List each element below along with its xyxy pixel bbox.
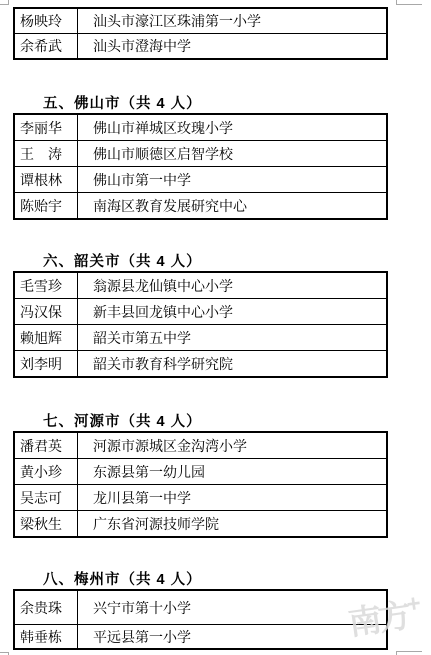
person-name-cell: 李丽华 [14, 114, 78, 141]
table-row: 梁秋生广东省河源技师学院 [14, 511, 387, 538]
school-cell: 汕头市濠江区珠浦第一小学 [78, 8, 388, 34]
school-cell: 韶关市教育科学研究院 [78, 351, 388, 378]
school-cell: 南海区教育发展研究中心 [78, 193, 388, 220]
city-section: 七、河源市（共 4 人）潘君英河源市源城区金沟湾小学黄小珍东源县第一幼儿园吴志可… [0, 413, 431, 538]
section-heading: 五、佛山市（共 4 人） [43, 95, 431, 113]
crop-mark-top-left [8, 0, 9, 4]
roster-table: 余贵珠兴宁市第十小学韩垂栋平远县第一小学 [13, 589, 388, 650]
city-section: 六、韶关市（共 4 人）毛雪珍翁源县龙仙镇中心小学冯汉保新丰县回龙镇中心小学赖旭… [0, 253, 431, 378]
person-name-cell: 余希武 [14, 34, 78, 60]
table-row: 毛雪珍翁源县龙仙镇中心小学 [14, 272, 387, 299]
table-row: 谭根林佛山市第一中学 [14, 167, 387, 193]
school-cell: 佛山市顺德区启智学校 [78, 141, 388, 167]
person-name-cell: 王 涛 [14, 141, 78, 167]
school-cell: 河源市源城区金沟湾小学 [78, 432, 388, 459]
school-cell: 龙川县第一中学 [78, 485, 388, 511]
crop-mark-bottom-right [396, 651, 422, 652]
school-cell: 翁源县龙仙镇中心小学 [78, 272, 388, 299]
table-row: 冯汉保新丰县回龙镇中心小学 [14, 299, 387, 325]
table-row: 潘君英河源市源城区金沟湾小学 [14, 432, 387, 459]
city-section: 杨映玲汕头市濠江区珠浦第一小学余希武汕头市澄海中学 [0, 7, 431, 60]
table-row: 赖旭辉韶关市第五中学 [14, 325, 387, 351]
table-row: 韩垂栋平远县第一小学 [14, 625, 387, 650]
table-row: 陈贻宇南海区教育发展研究中心 [14, 193, 387, 220]
person-name-cell: 毛雪珍 [14, 272, 78, 299]
city-section: 八、梅州市（共 4 人）余贵珠兴宁市第十小学韩垂栋平远县第一小学 [0, 571, 431, 650]
school-cell: 兴宁市第十小学 [78, 590, 388, 625]
person-name-cell: 刘李明 [14, 351, 78, 378]
table-row: 王 涛佛山市顺德区启智学校 [14, 141, 387, 167]
person-name-cell: 黄小珍 [14, 459, 78, 485]
school-cell: 新丰县回龙镇中心小学 [78, 299, 388, 325]
person-name-cell: 陈贻宇 [14, 193, 78, 220]
roster-table: 杨映玲汕头市濠江区珠浦第一小学余希武汕头市澄海中学 [13, 7, 388, 60]
school-cell: 广东省河源技师学院 [78, 511, 388, 538]
table-row: 余贵珠兴宁市第十小学 [14, 590, 387, 625]
table-row: 刘李明韶关市教育科学研究院 [14, 351, 387, 378]
roster-table: 潘君英河源市源城区金沟湾小学黄小珍东源县第一幼儿园吴志可龙川县第一中学梁秋生广东… [13, 431, 388, 538]
person-name-cell: 潘君英 [14, 432, 78, 459]
crop-mark-top-right [396, 4, 422, 5]
school-cell: 平远县第一小学 [78, 625, 388, 650]
person-name-cell: 韩垂栋 [14, 625, 78, 650]
crop-mark-top-left [0, 4, 9, 5]
section-heading: 六、韶关市（共 4 人） [43, 253, 431, 271]
table-row: 李丽华佛山市禅城区玫瑰小学 [14, 114, 387, 141]
section-heading: 七、河源市（共 4 人） [43, 413, 431, 431]
school-cell: 东源县第一幼儿园 [78, 459, 388, 485]
person-name-cell: 余贵珠 [14, 590, 78, 625]
person-name-cell: 赖旭辉 [14, 325, 78, 351]
person-name-cell: 梁秋生 [14, 511, 78, 538]
person-name-cell: 杨映玲 [14, 8, 78, 34]
school-cell: 汕头市澄海中学 [78, 34, 388, 60]
section-heading: 八、梅州市（共 4 人） [43, 571, 431, 589]
school-cell: 佛山市禅城区玫瑰小学 [78, 114, 388, 141]
table-row: 杨映玲汕头市濠江区珠浦第一小学 [14, 8, 387, 34]
document-page: 杨映玲汕头市濠江区珠浦第一小学余希武汕头市澄海中学五、佛山市（共 4 人）李丽华… [0, 0, 431, 655]
crop-mark-top-right [396, 0, 397, 4]
roster-table: 毛雪珍翁源县龙仙镇中心小学冯汉保新丰县回龙镇中心小学赖旭辉韶关市第五中学刘李明韶… [13, 271, 388, 378]
person-name-cell: 吴志可 [14, 485, 78, 511]
school-cell: 韶关市第五中学 [78, 325, 388, 351]
city-section: 五、佛山市（共 4 人）李丽华佛山市禅城区玫瑰小学王 涛佛山市顺德区启智学校谭根… [0, 95, 431, 220]
table-row: 余希武汕头市澄海中学 [14, 34, 387, 60]
school-cell: 佛山市第一中学 [78, 167, 388, 193]
table-row: 黄小珍东源县第一幼儿园 [14, 459, 387, 485]
person-name-cell: 谭根林 [14, 167, 78, 193]
person-name-cell: 冯汉保 [14, 299, 78, 325]
table-row: 吴志可龙川县第一中学 [14, 485, 387, 511]
crop-mark-bottom-right [396, 651, 397, 655]
roster-table: 李丽华佛山市禅城区玫瑰小学王 涛佛山市顺德区启智学校谭根林佛山市第一中学陈贻宇南… [13, 113, 388, 220]
